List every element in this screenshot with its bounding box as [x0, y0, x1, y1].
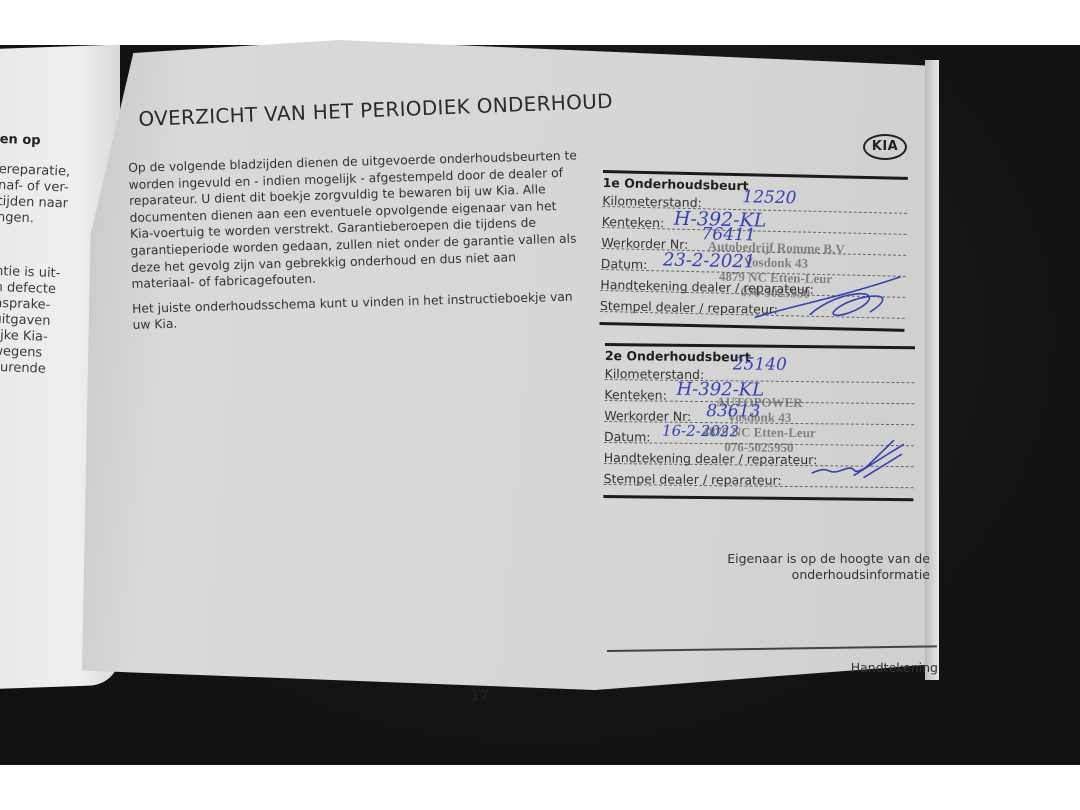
signature-label: Handtekening — [830, 660, 938, 675]
handwritten-value: 76411 — [701, 226, 755, 244]
field-label: Datum: — [601, 253, 648, 275]
owner-statement: Eigenaar is op de hoogte van de onderhou… — [700, 551, 930, 583]
field-label: Datum: — [604, 426, 651, 447]
service-record-1: 1e Onderhoudsbeurt Kilometerstand: 12520… — [599, 170, 907, 332]
page-number: 17 — [470, 688, 489, 704]
owner-statement-line: onderhoudsinformatie — [700, 567, 930, 583]
dealer-signature — [750, 265, 911, 329]
intro-paragraph-1: Op de volgende bladzijden dienen de uitg… — [128, 147, 582, 292]
left-paragraph-1: ereparatie,naf- of ver-tijden naarngen. — [0, 162, 109, 230]
handwritten-value: 16-2-2022 — [662, 423, 739, 441]
left-text-line: durende — [0, 360, 102, 380]
left-heading-fragment: en op — [0, 132, 110, 152]
intro-text: Op de volgende bladzijden dienen de uitg… — [128, 147, 583, 341]
left-text-line: ngen. — [0, 210, 107, 230]
field-label: Kenteken: — [602, 211, 665, 233]
owner-statement-line: Eigenaar is op de hoogte van de — [700, 551, 930, 567]
field-label: Stempel dealer / reparateur: — [603, 468, 781, 491]
intro-paragraph-2: Het juiste onderhoudsschema kunt u vinde… — [132, 288, 583, 334]
page-edge — [925, 60, 939, 680]
handwritten-value: 12520 — [742, 189, 796, 207]
handwritten-value: 23-2-2021 — [663, 251, 756, 270]
service-record-2: 2e Onderhoudsbeurt Kilometerstand: 25140… — [603, 343, 915, 501]
handwritten-value: H-392-KL — [676, 381, 764, 399]
handwritten-value: 25140 — [733, 356, 787, 374]
dealer-signature — [804, 433, 915, 484]
handwritten-value: 83613 — [706, 403, 760, 421]
field-label: Kenteken: — [604, 384, 667, 406]
kia-logo-icon: KIA — [863, 134, 907, 160]
